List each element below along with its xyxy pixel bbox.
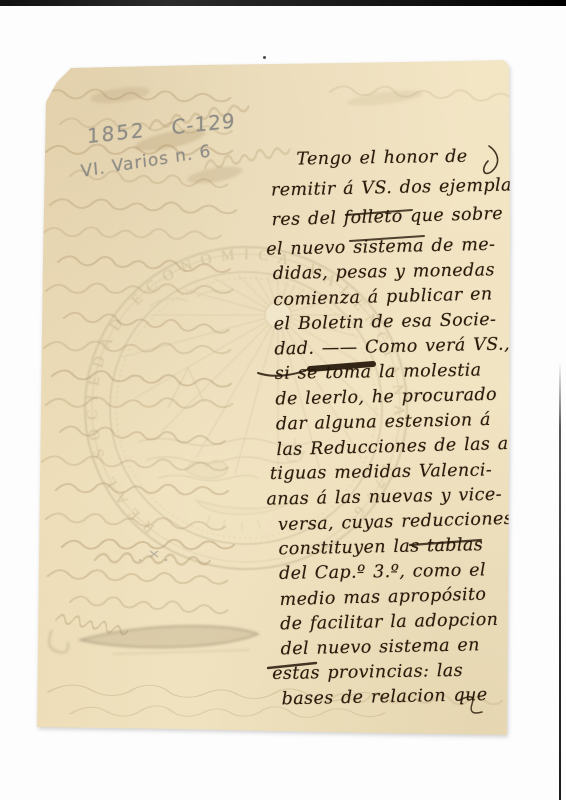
letter-body: Tengo el honor de remitir á VS. dos ejem… xyxy=(262,143,524,712)
scan-canvas: REAL SOCIEDAD ECONOMICA VALENCIANA · 177… xyxy=(0,0,566,800)
letter-line: bases de relacion que xyxy=(281,682,523,712)
annotation-code: C-129 xyxy=(171,108,235,139)
archival-code-annotation: 1852C-129 xyxy=(87,108,235,148)
letter-line: res del folleto que sobre xyxy=(271,202,514,234)
letter-line: Tengo el honor de xyxy=(296,144,512,173)
archival-series-annotation: VI. Varios n. 6 xyxy=(80,141,212,182)
letter-line: si se toma la molestia xyxy=(275,357,517,386)
signature-showthrough-flourish xyxy=(49,626,258,654)
manuscript-paper: REAL SOCIEDAD ECONOMICA VALENCIANA · 177… xyxy=(0,0,566,800)
pencil-check-marks xyxy=(139,551,167,561)
letter-line: remitir á VS. dos ejempla- xyxy=(271,173,513,203)
letter-line: del nuevo sistema en xyxy=(280,632,522,662)
letter-line: dad. —— Como verá VS., xyxy=(274,332,516,362)
letter-line: estas provincias: las xyxy=(272,657,523,686)
letter-line: tiguas medidas Valenci- xyxy=(270,457,519,486)
annotation-year: 1852 xyxy=(87,118,146,148)
paper-shadow: REAL SOCIEDAD ECONOMICA VALENCIANA · 177… xyxy=(0,0,566,800)
